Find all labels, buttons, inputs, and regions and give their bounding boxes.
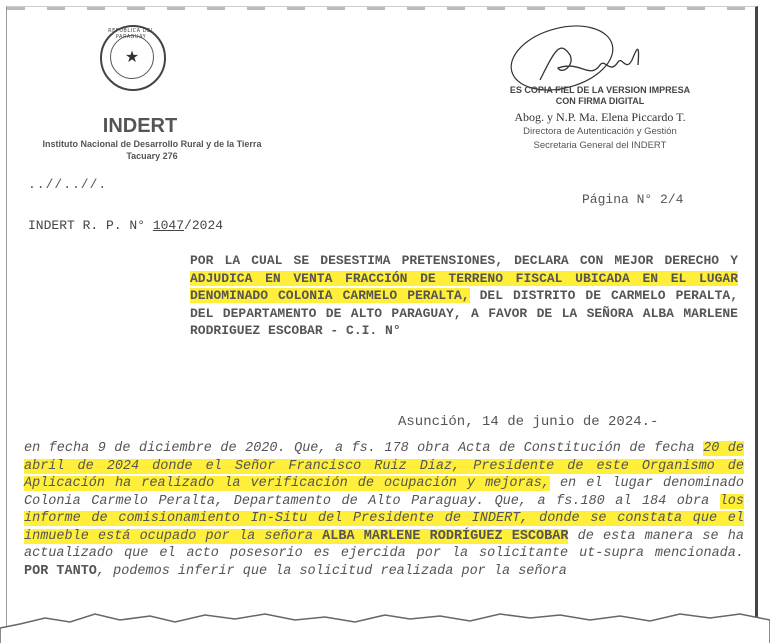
body-highlight-name: ALBA MARLENE RODRÍGUEZ ESCOBAR xyxy=(322,529,568,544)
star-icon: ★ xyxy=(111,47,153,66)
body-text-1: en fecha 9 de diciembre de 2020. Que, a … xyxy=(24,441,703,456)
org-address: Tacuary 276 xyxy=(2,151,302,161)
resolution-prefix: INDERT R. P. N° xyxy=(28,218,153,233)
resolution-number: INDERT R. P. N° 1047/2024 xyxy=(28,218,223,233)
page-number: Página N° 2/4 xyxy=(582,192,683,207)
top-edge-marks xyxy=(7,7,755,10)
body-text-4: , podemos inferir que la solicitud reali… xyxy=(97,564,567,579)
signer-title-2: Secretaria General del INDERT xyxy=(480,140,720,151)
signature-icon xyxy=(500,20,670,95)
body-text: en fecha 9 de diciembre de 2020. Que, a … xyxy=(24,440,744,580)
seal-inner-ring: ★ xyxy=(110,35,154,79)
body-por-tanto: POR TANTO xyxy=(24,564,97,579)
certification-line-1: ES COPIA FIEL DE LA VERSION IMPRESA xyxy=(480,85,720,95)
signer-name: Abog. y N.P. Ma. Elena Piccardo T. xyxy=(480,110,720,125)
continuation-mark: ..//..//. xyxy=(28,177,107,192)
resolution-heading: POR LA CUAL SE DESESTIMA PRETENSIONES, D… xyxy=(190,252,738,340)
certification-line-2: CON FIRMA DIGITAL xyxy=(480,96,720,106)
org-full-name: Instituto Nacional de Desarrollo Rural y… xyxy=(2,139,302,149)
signer-title-1: Directora de Autenticación y Gestión xyxy=(480,126,720,137)
resolution-number-value: 1047 xyxy=(153,218,184,233)
torn-edge xyxy=(0,610,770,643)
national-seal-icon: REPUBLICA DEL PARAGUAY ★ xyxy=(100,25,166,91)
resolution-year: /2024 xyxy=(184,218,223,233)
org-name: INDERT xyxy=(60,115,220,138)
heading-part-1: POR LA CUAL SE DESESTIMA PRETENSIONES, D… xyxy=(190,253,738,268)
date-line: Asunción, 14 de junio de 2024.- xyxy=(398,414,658,430)
